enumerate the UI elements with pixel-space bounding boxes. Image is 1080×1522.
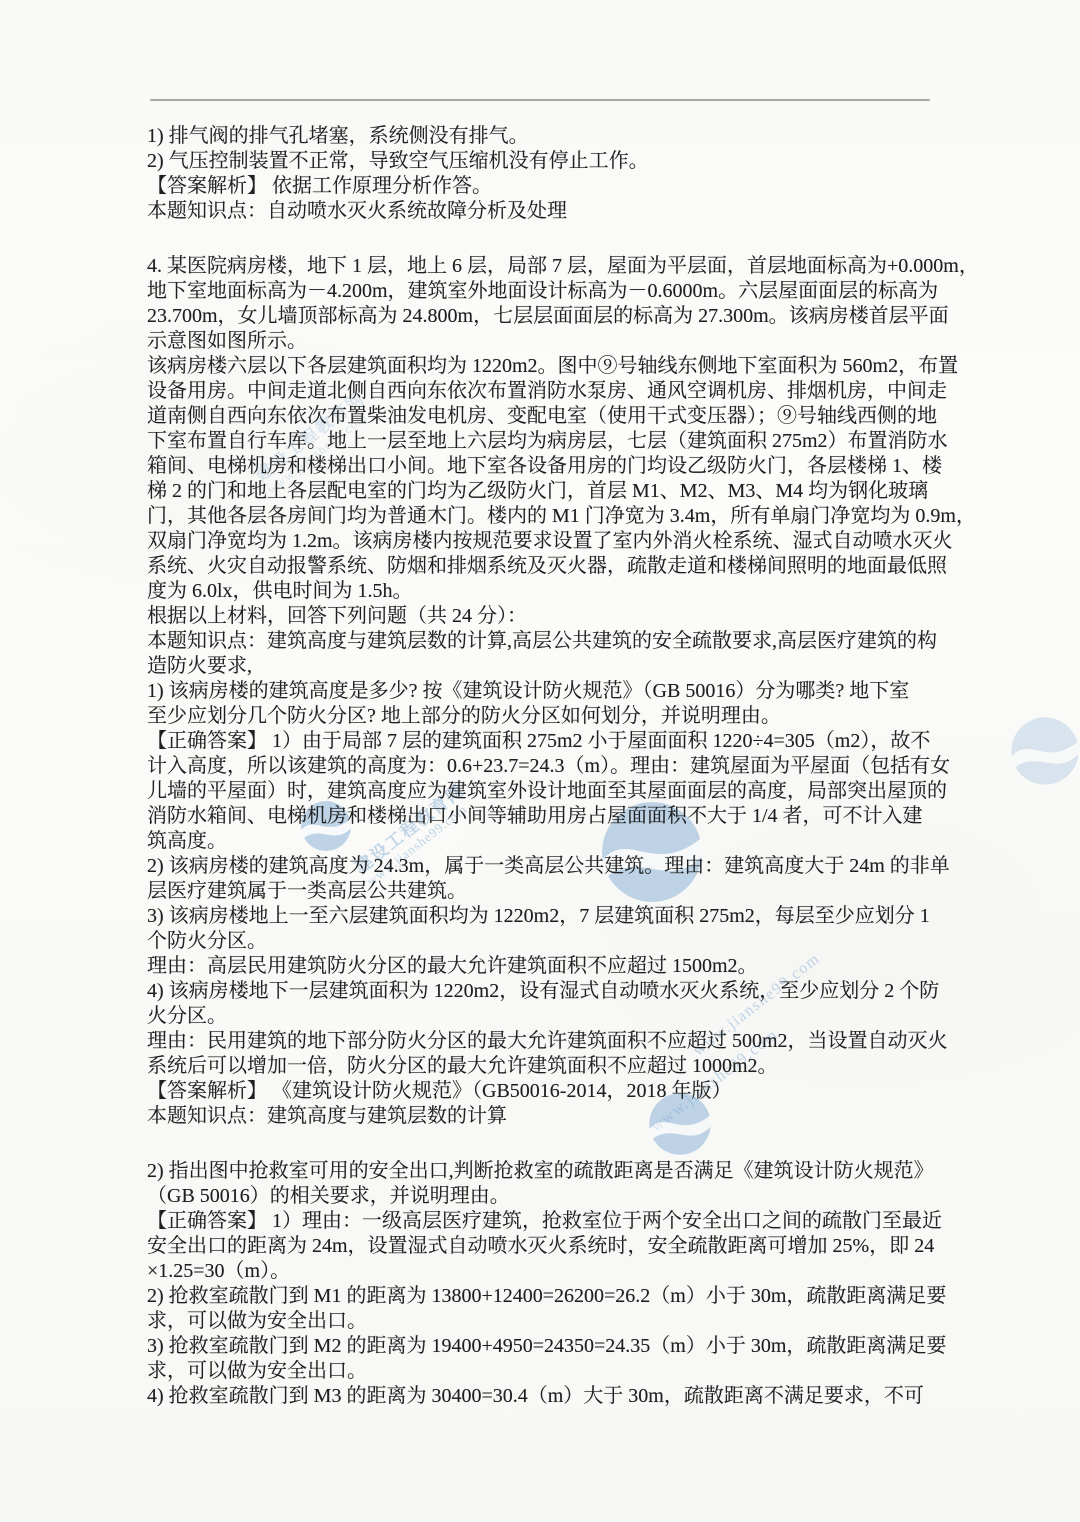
text-line: 【正确答案】 1）由于局部 7 层的建筑面积 275m2 小于屋面面积 1220… <box>147 729 947 754</box>
text-line: （GB 50016）的相关要求，并说明理由。 <box>147 1184 947 1209</box>
text-line: 本题知识点：建筑高度与建筑层数的计算,高层公共建筑的安全疏散要求,高层医疗建筑的… <box>147 629 947 654</box>
text-line: 度为 6.0lx，供电时间为 1.5h。 <box>147 579 947 604</box>
section-answer-previous-question: 1) 排气阀的排气孔堵塞，系统侧没有排气。2) 气压控制装置不正常，导致空气压缩… <box>147 124 947 224</box>
text-line: 4) 抢救室疏散门到 M3 的距离为 30400=30.4（m）大于 30m，疏… <box>147 1384 947 1409</box>
text-line: 筑高度。 <box>147 829 947 854</box>
text-line: 设备用房。中间走道北侧自西向东依次布置消防水泵房、通风空调机房、排烟机房，中间走 <box>147 379 947 404</box>
text-line: 【正确答案】 1）理由：一级高层医疗建筑，抢救室位于两个安全出口之间的疏散门至最… <box>147 1209 947 1234</box>
text-line: 2) 该病房楼的建筑高度为 24.3m，属于一类高层公共建筑。理由：建筑高度大于… <box>147 854 947 879</box>
text-line: 火分区。 <box>147 1004 947 1029</box>
text-line: 层医疗建筑属于一类高层公共建筑。 <box>147 879 947 904</box>
text-line: 根据以上材料，回答下列问题（共 24 分）： <box>147 604 947 629</box>
document-page: 建设工程教育网 www.jianshe99.com 建设工程教育网 www.ji… <box>0 0 1080 1522</box>
text-line: 2) 抢救室疏散门到 M1 的距离为 13800+12400=26200=26.… <box>147 1284 947 1309</box>
text-line: 箱间、电梯机房和楼梯出口小间。地下室各设备用房的门均设乙级防火门，各层楼梯 1、… <box>147 454 947 479</box>
text-line: 1) 该病房楼的建筑高度是多少? 按《建筑设计防火规范》（GB 50016）分为… <box>147 679 947 704</box>
text-line: 个防火分区。 <box>147 929 947 954</box>
text-line: 下室布置自行车库。地上一层至地上六层均为病房层，七层（建筑面积 275m2）布置… <box>147 429 947 454</box>
text-line: 儿墙的平屋面）时，建筑高度应为建筑室外设计地面至其屋面面层的高度，局部突出屋顶的 <box>147 779 947 804</box>
text-line: 23.700m，女儿墙顶部标高为 24.800m，七层层面面层的标高为 27.3… <box>147 304 947 329</box>
text-line: 示意图如图所示。 <box>147 329 947 354</box>
text-line: 求，可以做为安全出口。 <box>147 1309 947 1334</box>
text-line: 计入高度，所以该建筑的高度为：0.6+23.7=24.3（m）。理由：建筑屋面为… <box>147 754 947 779</box>
text-line: 安全出口的距离为 24m，设置湿式自动喷水灭火系统时，安全疏散距离可增加 25%… <box>147 1234 947 1259</box>
text-line: 【答案解析】 依据工作原理分析作答。 <box>147 174 947 199</box>
brand-logo-icon <box>1010 716 1080 786</box>
text-line: 本题知识点：建筑高度与建筑层数的计算 <box>147 1104 947 1129</box>
text-line: 【答案解析】 《建筑设计防火规范》（GB50016-2014，2018 年版） <box>147 1079 947 1104</box>
text-line: 造防火要求, <box>147 654 947 679</box>
text-line: 4. 某医院病房楼，地下 1 层，地上 6 层，局部 7 层，屋面为平层面，首层… <box>147 254 947 279</box>
section-question-4-sub2: 2) 指出图中抢救室可用的安全出口,判断抢救室的疏散距离是否满足《建筑设计防火规… <box>147 1159 947 1409</box>
text-line: 消防水箱间、电梯机房和楼梯出口小间等辅助用房占屋面面积不大于 1/4 者，可不计… <box>147 804 947 829</box>
text-line: 3) 抢救室疏散门到 M2 的距离为 19400+4950=24350=24.3… <box>147 1334 947 1359</box>
text-line: 门，其他各层各房间门均为普通木门。楼内的 M1 门净宽为 3.4m，所有单扇门净… <box>147 504 947 529</box>
text-line: 4) 该病房楼地下一层建筑面积为 1220m2，设有湿式自动喷水灭火系统，至少应… <box>147 979 947 1004</box>
text-line: 2) 气压控制装置不正常，导致空气压缩机没有停止工作。 <box>147 149 947 174</box>
text-line: 理由：高层民用建筑防火分区的最大允许建筑面积不应超过 1500m2。 <box>147 954 947 979</box>
text-line: 2) 指出图中抢救室可用的安全出口,判断抢救室的疏散距离是否满足《建筑设计防火规… <box>147 1159 947 1184</box>
text-line: 求，可以做为安全出口。 <box>147 1359 947 1384</box>
text-line: 双扇门净宽均为 1.2m。该病房楼内按规范要求设置了室内外消火栓系统、湿式自动喷… <box>147 529 947 554</box>
top-divider <box>150 99 930 101</box>
document-body: 1) 排气阀的排气孔堵塞，系统侧没有排气。2) 气压控制装置不正常，导致空气压缩… <box>147 124 947 1409</box>
text-line: 理由：民用建筑的地下部分防火分区的最大允许建筑面积不应超过 500m2，当设置自… <box>147 1029 947 1054</box>
text-line: 道南侧自西向东依次布置柴油发电机房、变配电室（使用干式变压器）；⑨号轴线西侧的地 <box>147 404 947 429</box>
text-line: 梯 2 的门和地上各层配电室的门均为乙级防火门，首层 M1、M2、M3、M4 均… <box>147 479 947 504</box>
text-line: 至少应划分几个防火分区? 地上部分的防火分区如何划分，并说明理由。 <box>147 704 947 729</box>
text-line: 系统、火灾自动报警系统、防烟和排烟系统及灭火器，疏散走道和楼梯间照明的地面最低照 <box>147 554 947 579</box>
text-line: 系统后可以增加一倍，防火分区的最大允许建筑面积不应超过 1000m2。 <box>147 1054 947 1079</box>
text-line: 1) 排气阀的排气孔堵塞，系统侧没有排气。 <box>147 124 947 149</box>
text-line: 本题知识点：自动喷水灭火系统故障分析及处理 <box>147 199 947 224</box>
text-line: 地下室地面标高为－4.200m，建筑室外地面设计标高为－0.6000m。六层屋面… <box>147 279 947 304</box>
text-line: ×1.25=30（m）。 <box>147 1259 947 1284</box>
text-line: 该病房楼六层以下各层建筑面积均为 1220m2。图中⑨号轴线东侧地下室面积为 5… <box>147 354 947 379</box>
section-question-4: 4. 某医院病房楼，地下 1 层，地上 6 层，局部 7 层，屋面为平层面，首层… <box>147 254 947 1129</box>
text-line: 3) 该病房楼地上一至六层建筑面积均为 1220m2，7 层建筑面积 275m2… <box>147 904 947 929</box>
